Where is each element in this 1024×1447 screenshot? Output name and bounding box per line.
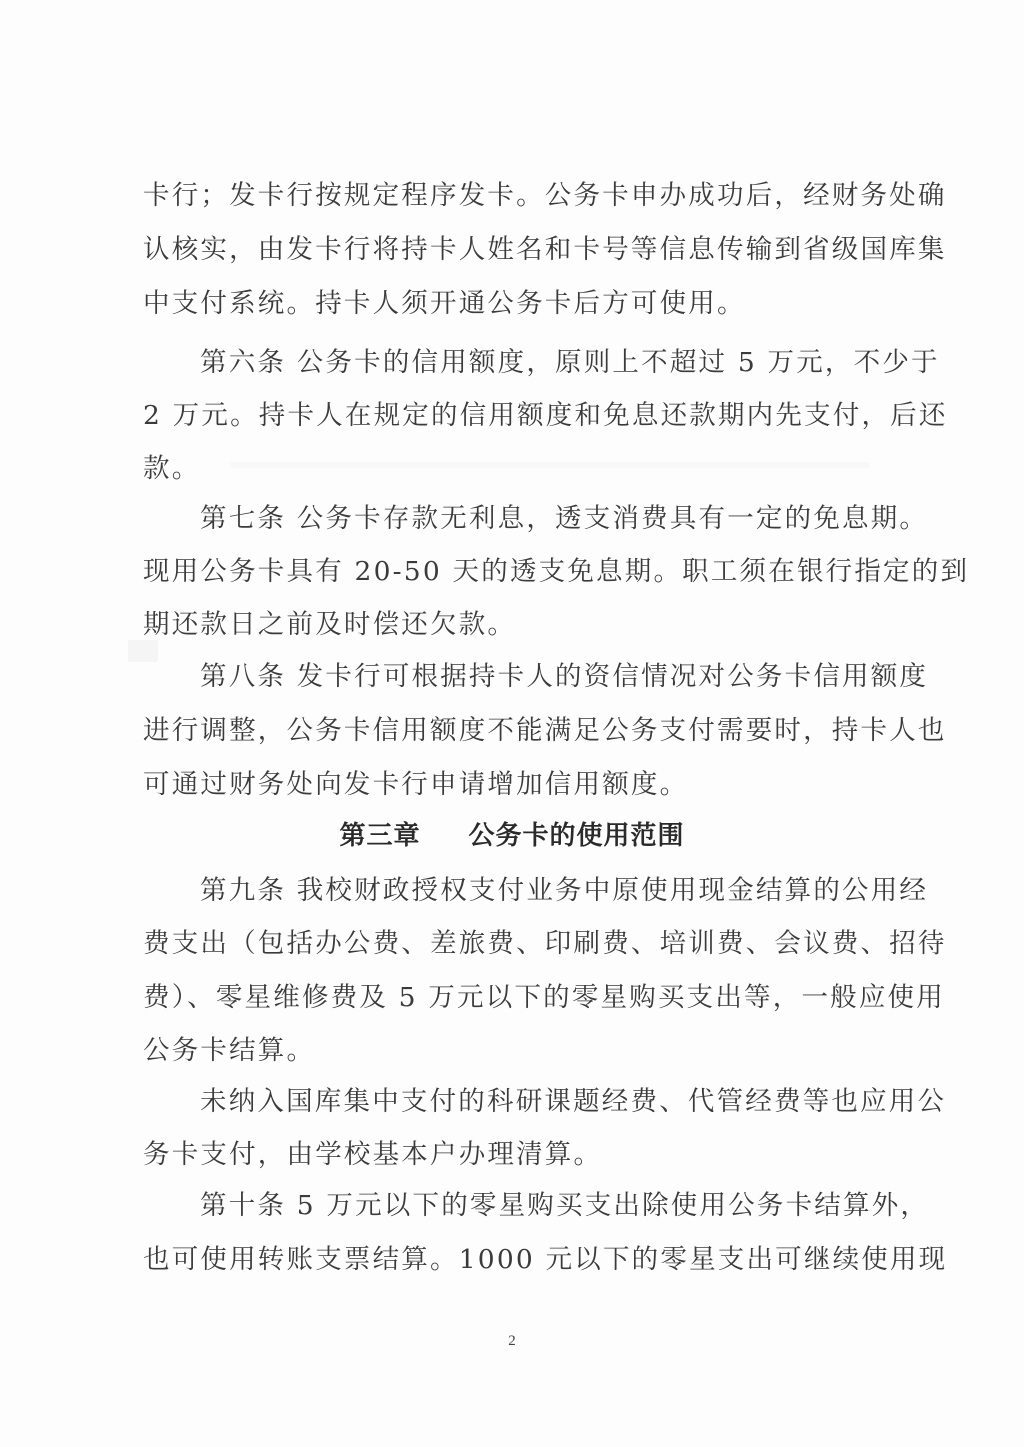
paragraph-line: 进行调整，公务卡信用额度不能满足公务支付需要时，持卡人也 — [143, 715, 903, 747]
paragraph-line: 现用公务卡具有 20-50 天的透支免息期。职工须在银行指定的到 — [143, 556, 903, 588]
scan-artifact — [128, 640, 158, 662]
chapter-heading: 第三章公务卡的使用范围 — [0, 820, 1024, 852]
article-7-line: 第七条 公务卡存款无利息，透支消费具有一定的免息期。 — [200, 503, 903, 535]
chapter-number: 第三章 — [339, 821, 420, 851]
paragraph-line: 未纳入国库集中支付的科研课题经费、代管经费等也应用公 — [200, 1086, 903, 1118]
paragraph-line: 认核实，由发卡行将持卡人姓名和卡号等信息传输到省级国库集 — [143, 234, 903, 266]
paragraph-line: 2 万元。持卡人在规定的信用额度和免息还款期内先支付，后还 — [143, 400, 903, 432]
paragraph-line: 费）、零星维修费及 5 万元以下的零星购买支出等，一般应使用 — [143, 982, 903, 1014]
paragraph-line: 也可使用转账支票结算。1000 元以下的零星支出可继续使用现 — [143, 1244, 903, 1276]
paragraph-line: 卡行；发卡行按规定程序发卡。公务卡申办成功后，经财务处确 — [143, 180, 903, 212]
paragraph-line: 可通过财务处向发卡行申请增加信用额度。 — [143, 769, 903, 801]
paragraph-line: 中支付系统。持卡人须开通公务卡后方可使用。 — [143, 288, 903, 320]
document-page: 卡行；发卡行按规定程序发卡。公务卡申办成功后，经财务处确 认核实，由发卡行将持卡… — [0, 0, 1024, 1447]
article-6-line: 第六条 公务卡的信用额度，原则上不超过 5 万元，不少于 — [200, 347, 903, 379]
paragraph-line: 公务卡结算。 — [143, 1035, 903, 1067]
paragraph-line: 费支出（包括办公费、差旅费、印刷费、培训费、会议费、招待 — [143, 928, 903, 960]
page-number: 2 — [0, 1333, 1024, 1350]
paragraph-line: 期还款日之前及时偿还欠款。 — [143, 609, 903, 641]
paragraph-line: 务卡支付，由学校基本户办理清算。 — [143, 1139, 903, 1171]
article-8-line: 第八条 发卡行可根据持卡人的资信情况对公务卡信用额度 — [200, 661, 903, 693]
chapter-title: 公务卡的使用范围 — [469, 821, 685, 851]
article-10-line: 第十条 5 万元以下的零星购买支出除使用公务卡结算外， — [200, 1190, 903, 1222]
paragraph-line: 款。 — [143, 453, 903, 485]
article-9-line: 第九条 我校财政授权支付业务中原使用现金结算的公用经 — [200, 875, 903, 907]
